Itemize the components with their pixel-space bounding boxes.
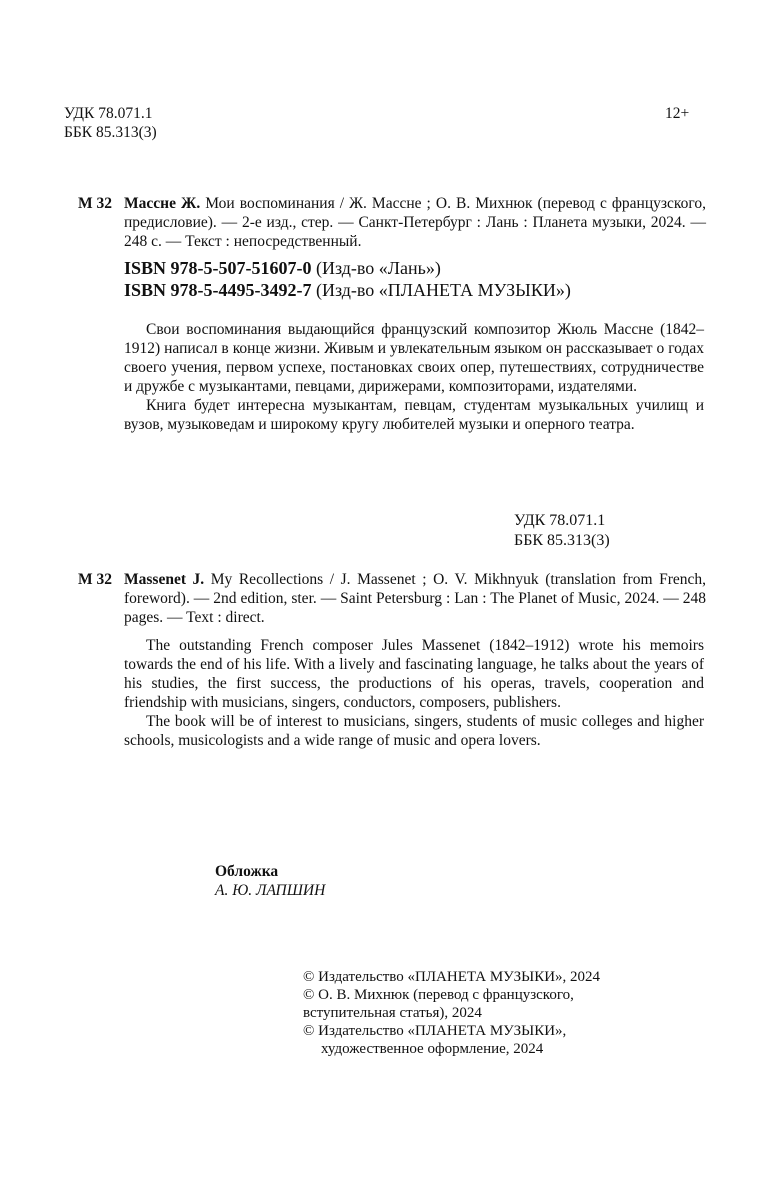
- entry-description: Мои воспоминания / Ж. Массне ; О. В. Мих…: [124, 195, 706, 250]
- abstract-paragraph: Книга будет интересна музыкантам, певцам…: [124, 396, 704, 434]
- udk-code: УДК 78.071.1: [64, 104, 157, 123]
- age-rating: 12+: [665, 104, 689, 123]
- bbk-code: ББК 85.313(3): [514, 531, 610, 551]
- author-name: Massenet J.: [124, 571, 204, 588]
- isbn-planet-music: ISBN 978-5-4495-3492-7 (Изд-во «ПЛАНЕТА …: [124, 279, 571, 301]
- copyright-line: художественное оформление, 2024: [303, 1040, 643, 1058]
- copyright-block: © Издательство «ПЛАНЕТА МУЗЫКИ», 2024 © …: [303, 968, 643, 1058]
- isbn-number: ISBN 978-5-507-51607-0: [124, 258, 312, 278]
- abstract-paragraph: The outstanding French composer Jules Ma…: [124, 636, 704, 712]
- author-mark: М 32: [78, 194, 112, 213]
- bbk-code: ББК 85.313(3): [64, 123, 157, 142]
- classification-codes: УДК 78.071.1 ББК 85.313(3): [64, 104, 157, 142]
- entry-description: My Recollections / J. Massenet ; O. V. M…: [124, 571, 706, 626]
- abstract-ru: Свои воспоминания выдающийся французский…: [124, 320, 704, 434]
- copyright-line: © Издательство «ПЛАНЕТА МУЗЫКИ», 2024: [303, 968, 643, 986]
- bibliographic-entry-ru: М 32 Массне Ж. Мои воспоминания / Ж. Мас…: [78, 194, 706, 251]
- cover-label: Обложка: [215, 862, 325, 881]
- classification-codes-footer: УДК 78.071.1 ББК 85.313(3): [514, 511, 610, 551]
- author-name: Массне Ж.: [124, 195, 200, 212]
- isbn-lan: ISBN 978-5-507-51607-0 (Изд-во «Лань»): [124, 257, 441, 279]
- copyright-line: © Издательство «ПЛАНЕТА МУЗЫКИ»,: [303, 1022, 643, 1040]
- copyright-line: © О. В. Михнюк (перевод с французского,: [303, 986, 643, 1004]
- copyright-line: вступительная статья), 2024: [303, 1004, 643, 1022]
- cover-designer: А. Ю. ЛАПШИН: [215, 881, 325, 900]
- abstract-paragraph: Свои воспоминания выдающийся французский…: [124, 320, 704, 396]
- abstract-en: The outstanding French composer Jules Ma…: [124, 636, 704, 750]
- abstract-paragraph: The book will be of interest to musician…: [124, 712, 704, 750]
- isbn-number: ISBN 978-5-4495-3492-7: [124, 280, 312, 300]
- cover-credits: Обложка А. Ю. ЛАПШИН: [215, 862, 325, 900]
- isbn-publisher: (Изд-во «ПЛАНЕТА МУЗЫКИ»): [312, 280, 571, 300]
- isbn-publisher: (Изд-во «Лань»): [312, 258, 441, 278]
- udk-code: УДК 78.071.1: [514, 511, 610, 531]
- bibliographic-entry-en: М 32 Massenet J. My Recollections / J. M…: [78, 570, 706, 627]
- author-mark: М 32: [78, 570, 112, 589]
